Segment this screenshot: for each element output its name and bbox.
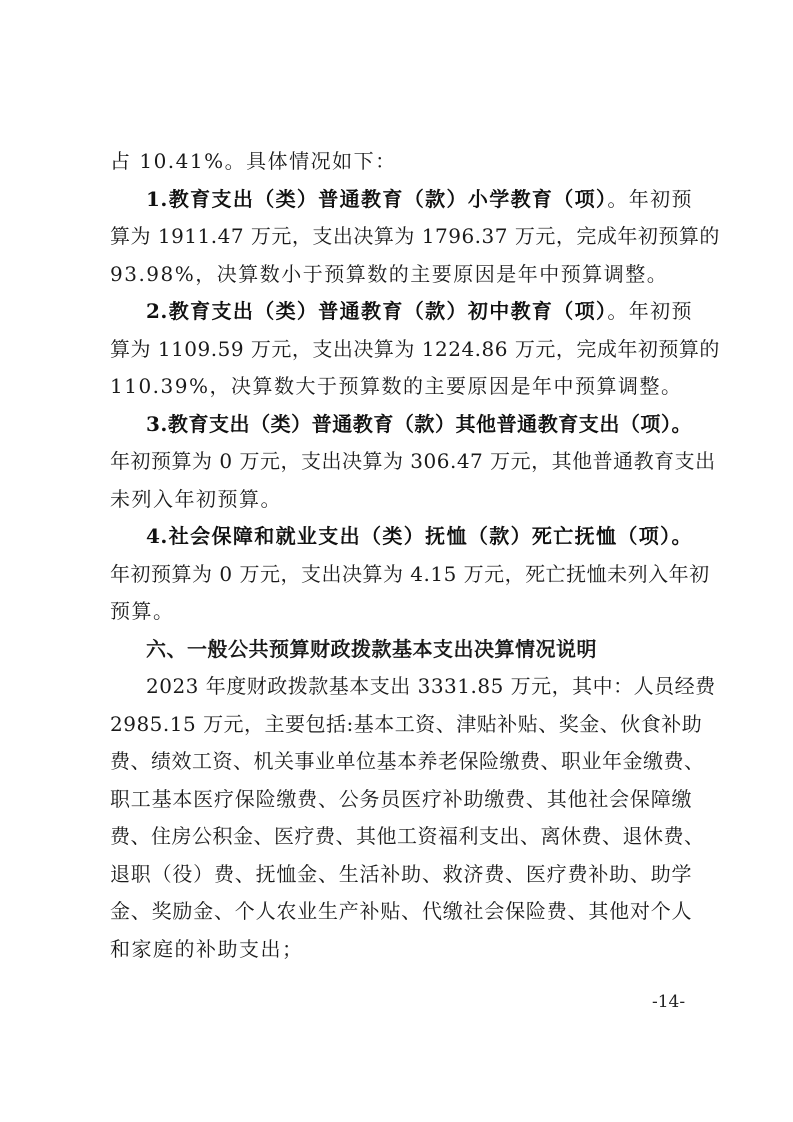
document-page: 占 10.41%。具体情况如下： 1.教育支出（类）普通教育（款）小学教育（项）… <box>110 143 692 968</box>
section6-para-line5: 费、住房公积金、医疗费、其他工资福利支出、离休费、退休费、 <box>110 818 692 856</box>
item2-title-line: 2.教育支出（类）普通教育（款）初中教育（项）。年初预 <box>110 293 692 331</box>
item1-title-tail: 。年初预 <box>607 187 692 211</box>
section6-para-line3: 费、绩效工资、机关事业单位基本养老保险缴费、职业年金缴费、 <box>110 743 692 781</box>
item4-line2: 年初预算为 0 万元，支出决算为 4.15 万元，死亡抚恤未列入年初 <box>110 556 692 594</box>
item4-title: 4.社会保障和就业支出（类）抚恤（款）死亡抚恤（项）。 <box>110 518 692 556</box>
item2-title-tail: 。年初预 <box>607 299 692 323</box>
section6-para-line4: 职工基本医疗保险缴费、公务员医疗补助缴费、其他社会保障缴 <box>110 781 692 819</box>
item2-line2: 算为 1109.59 万元，支出决算为 1224.86 万元，完成年初预算的 <box>110 331 692 369</box>
intro-line: 占 10.41%。具体情况如下： <box>110 143 692 181</box>
section6-para-line2: 2985.15 万元，主要包括:基本工资、津贴补贴、奖金、伙食补助 <box>110 706 692 744</box>
section6-para-line8: 和家庭的补助支出； <box>110 931 692 969</box>
item1-line2: 算为 1911.47 万元，支出决算为 1796.37 万元，完成年初预算的 <box>110 218 692 256</box>
item3-title: 3.教育支出（类）普通教育（款）其他普通教育支出（项）。 <box>110 406 692 444</box>
section6-para-line6: 退职（役）费、抚恤金、生活补助、救济费、医疗费补助、助学 <box>110 856 692 894</box>
item1-line3: 93.98%，决算数小于预算数的主要原因是年中预算调整。 <box>110 256 692 294</box>
section6-heading: 六、一般公共预算财政拨款基本支出决算情况说明 <box>110 631 692 669</box>
item1-title: 1.教育支出（类）普通教育（款）小学教育（项） <box>146 187 607 211</box>
item1-title-line: 1.教育支出（类）普通教育（款）小学教育（项）。年初预 <box>110 181 692 219</box>
page-number: -14- <box>652 992 685 1012</box>
item3-line2: 年初预算为 0 万元，支出决算为 306.47 万元，其他普通教育支出 <box>110 443 692 481</box>
item3-line3: 未列入年初预算。 <box>110 481 692 519</box>
item2-title: 2.教育支出（类）普通教育（款）初中教育（项） <box>146 299 607 323</box>
item4-line3: 预算。 <box>110 593 692 631</box>
section6-para-line1: 2023 年度财政拨款基本支出 3331.85 万元，其中：人员经费 <box>110 668 692 706</box>
section6-para-line7: 金、奖励金、个人农业生产补贴、代缴社会保险费、其他对个人 <box>110 893 692 931</box>
item2-line3: 110.39%，决算数大于预算数的主要原因是年中预算调整。 <box>110 368 692 406</box>
